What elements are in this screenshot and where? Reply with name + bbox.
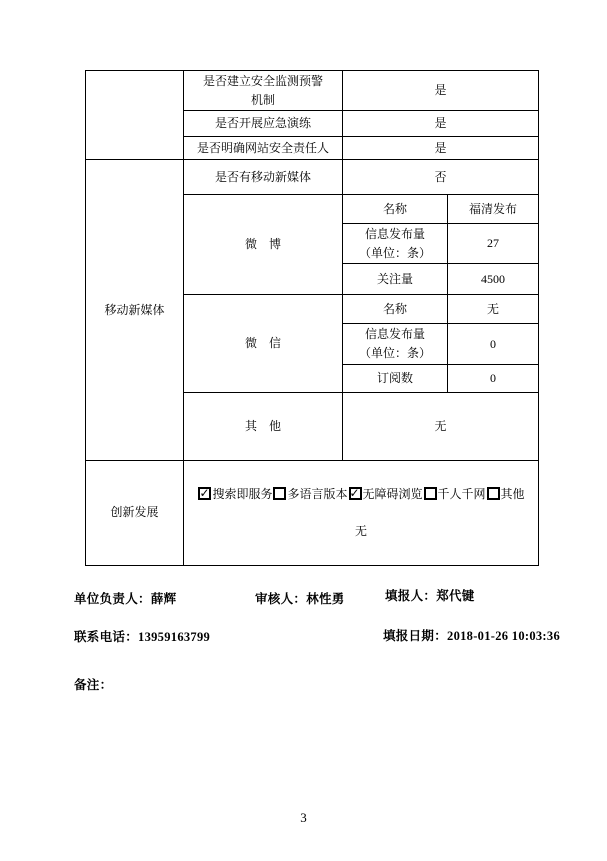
security-officer-value: 是 xyxy=(343,137,539,160)
weibo-name-label: 名称 xyxy=(343,195,448,224)
checkbox-unchecked-icon xyxy=(273,487,286,500)
checkbox-option-label: 多语言版本 xyxy=(287,487,347,501)
empty-section-cell xyxy=(86,71,184,160)
wechat-posts-label: 信息发布量 （单位：条） xyxy=(343,324,448,364)
checkbox-unchecked-icon xyxy=(424,487,437,500)
weibo-followers-value: 4500 xyxy=(448,264,539,295)
wechat-label: 微 信 xyxy=(184,295,343,392)
wechat-subscribers-value: 0 xyxy=(448,364,539,392)
has-mobile-media-label: 是否有移动新媒体 xyxy=(184,160,343,195)
security-monitoring-label: 是否建立安全监测预警 机制 xyxy=(184,71,343,111)
wechat-posts-value: 0 xyxy=(448,324,539,364)
weibo-name-value: 福清发布 xyxy=(448,195,539,224)
weibo-followers-label: 关注量 xyxy=(343,264,448,295)
security-monitoring-value: 是 xyxy=(343,71,539,111)
checkbox-option-label: 无障碍浏览 xyxy=(363,487,423,501)
phone-label: 联系电话： xyxy=(74,630,138,644)
has-mobile-media-value: 否 xyxy=(343,160,539,195)
weibo-posts-label: 信息发布量 （单位：条） xyxy=(343,224,448,264)
weibo-label: 微 博 xyxy=(184,195,343,295)
checkbox-option-label: 千人千网 xyxy=(438,487,486,501)
section-label-mobile-media: 移动新媒体 xyxy=(86,160,184,460)
filler-label: 填报人： xyxy=(385,589,436,603)
checkbox-unchecked-icon xyxy=(487,487,500,500)
phone-value: 13959163799 xyxy=(138,630,210,644)
reviewer-value: 林性勇 xyxy=(306,592,344,606)
security-officer-label: 是否明确网站安全责任人 xyxy=(184,137,343,160)
wechat-subscribers-label: 订阅数 xyxy=(343,364,448,392)
filler-value: 郑代键 xyxy=(436,589,474,603)
report-date-label: 填报日期： xyxy=(383,629,447,643)
report-date-field: 填报日期：2018-01-26 10:03:36 xyxy=(383,626,560,644)
report-table: 是否建立安全监测预警 机制 是 是否开展应急演练 是 是否明确网站安全责任人 是… xyxy=(85,70,539,566)
phone-field: 联系电话：13959163799 xyxy=(74,627,210,645)
reviewer-field: 审核人：林性勇 xyxy=(255,589,345,607)
other-media-label: 其 他 xyxy=(184,392,343,460)
checkbox-checked-icon xyxy=(349,487,362,500)
innovation-options: 搜索即服务多语言版本无障碍浏览千人千网其他 xyxy=(187,485,535,504)
filler-field: 填报人：郑代键 xyxy=(385,586,475,604)
emergency-drill-label: 是否开展应急演练 xyxy=(184,111,343,137)
checkbox-option-label: 其他 xyxy=(501,487,525,501)
reviewer-label: 审核人： xyxy=(255,592,306,606)
weibo-posts-value: 27 xyxy=(448,224,539,264)
unit-head-value: 薛辉 xyxy=(151,592,177,606)
report-date-value: 2018-01-26 10:03:36 xyxy=(447,629,560,643)
other-media-value: 无 xyxy=(343,392,539,460)
unit-head-field: 单位负责人：薛辉 xyxy=(74,589,176,607)
remark-field: 备注： xyxy=(74,675,112,693)
section-label-innovation: 创新发展 xyxy=(86,460,184,565)
checkbox-option-label: 搜索即服务 xyxy=(212,487,272,501)
innovation-content-cell: 搜索即服务多语言版本无障碍浏览千人千网其他 无 xyxy=(184,460,539,565)
emergency-drill-value: 是 xyxy=(343,111,539,137)
innovation-note: 无 xyxy=(187,522,535,541)
document-page: 是否建立安全监测预警 机制 是 是否开展应急演练 是 是否明确网站安全责任人 是… xyxy=(0,0,607,861)
wechat-name-value: 无 xyxy=(448,295,539,324)
remark-label: 备注： xyxy=(74,678,112,692)
unit-head-label: 单位负责人： xyxy=(74,592,151,606)
checkbox-checked-icon xyxy=(198,487,211,500)
page-number: 3 xyxy=(0,810,607,826)
wechat-name-label: 名称 xyxy=(343,295,448,324)
